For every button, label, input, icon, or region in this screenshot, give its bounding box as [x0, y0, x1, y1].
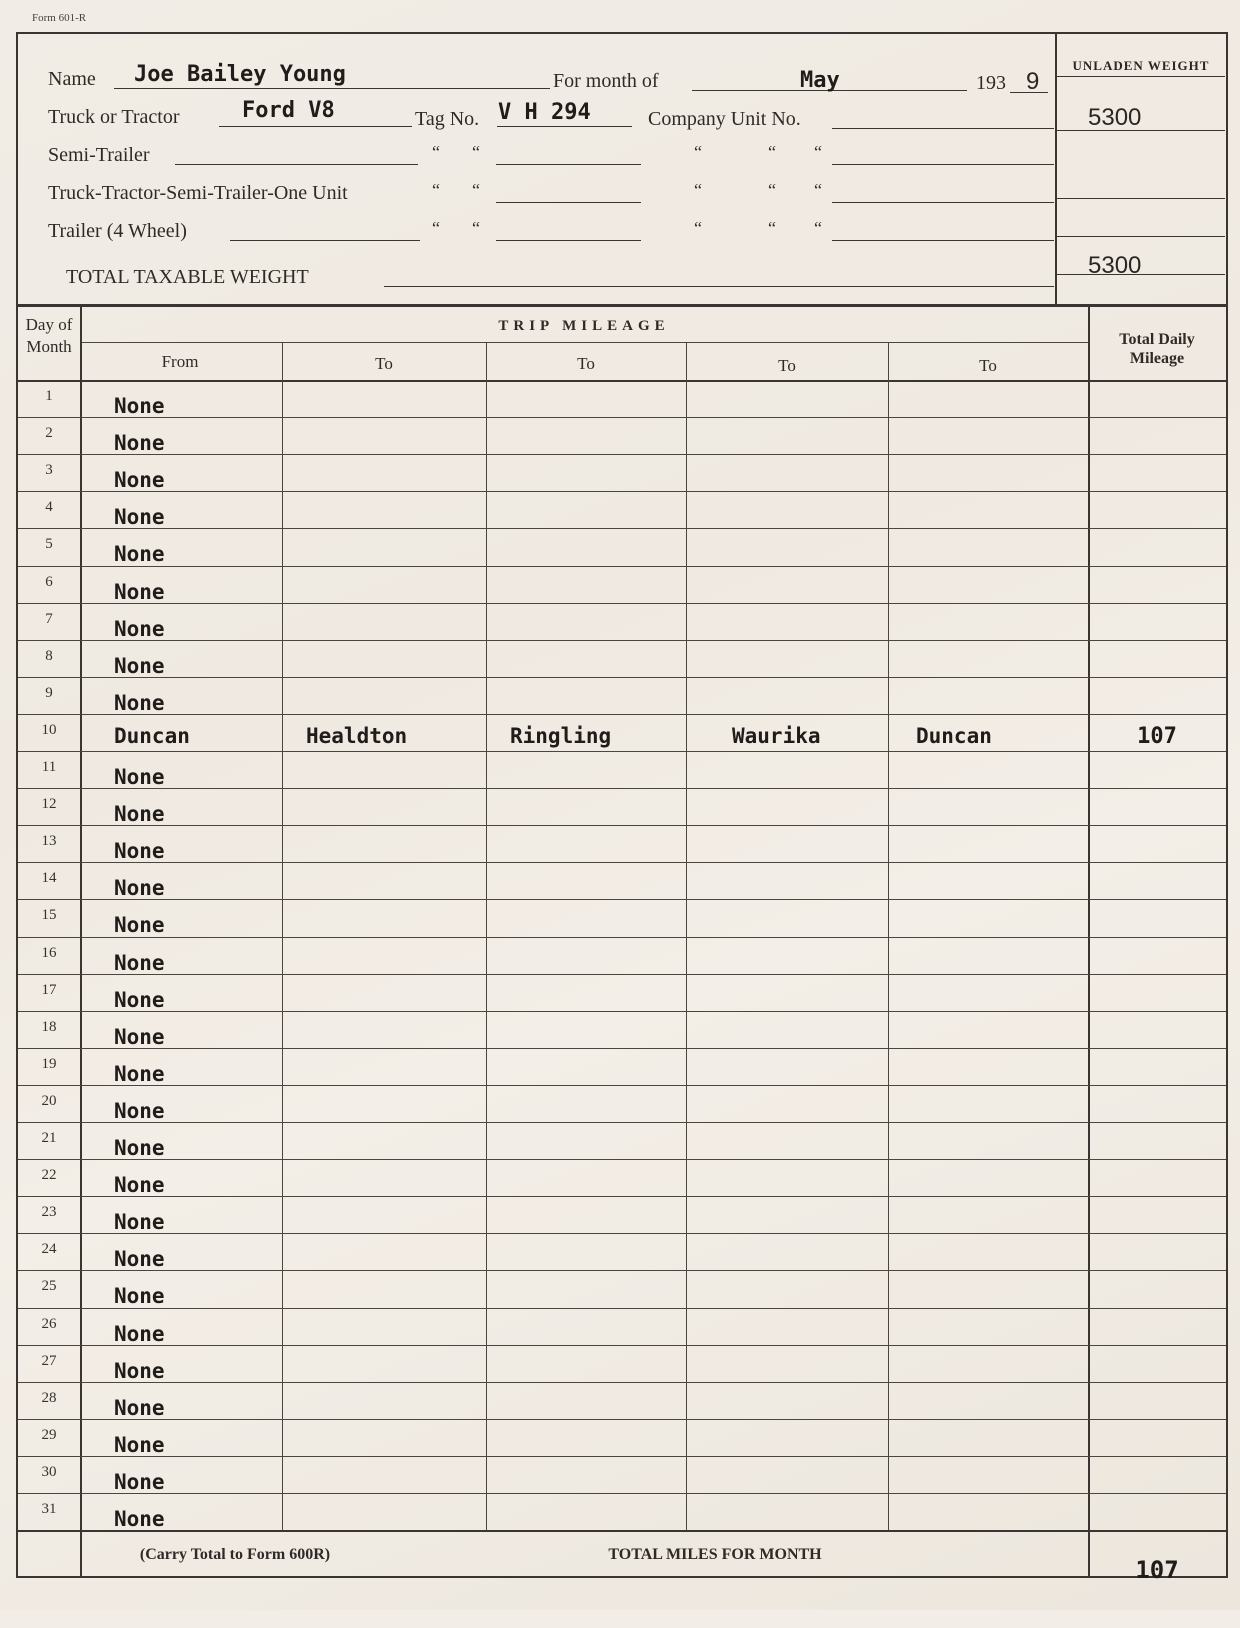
from-cell[interactable]: None: [114, 394, 165, 418]
row-rule: [18, 825, 1226, 826]
truck-field[interactable]: Ford V8: [242, 98, 335, 123]
from-cell[interactable]: None: [114, 505, 165, 529]
trailer-label: Trailer (4 Wheel): [48, 220, 187, 243]
day-number: 30: [20, 1464, 78, 1481]
day-number: 25: [20, 1278, 78, 1295]
day-number: 10: [20, 722, 78, 739]
day-number: 3: [20, 462, 78, 479]
one-unit-tag-underline: [496, 202, 641, 203]
day-number: 17: [20, 982, 78, 999]
row-rule: [18, 751, 1226, 752]
row-rule: [18, 937, 1226, 938]
ditto-mark: “: [814, 142, 822, 163]
from-cell[interactable]: Duncan: [114, 724, 190, 748]
from-cell[interactable]: None: [114, 1025, 165, 1049]
day-number: 11: [20, 759, 78, 776]
ditto-mark: “: [472, 180, 480, 201]
total-taxable-value[interactable]: 5300: [1088, 252, 1141, 280]
table-header-bottom-rule: [18, 380, 1226, 382]
row-rule: [18, 1048, 1226, 1049]
from-cell[interactable]: None: [114, 876, 165, 900]
carry-total-note: (Carry Total to Form 600R): [80, 1546, 390, 1564]
row-rule: [18, 566, 1226, 567]
section-divider: [18, 304, 1226, 307]
to-column-header-1: To: [282, 354, 486, 374]
ditto-mark: “: [768, 142, 776, 163]
ditto-mark: “: [432, 180, 440, 201]
name-label: Name: [48, 68, 96, 91]
form-sheet: Form 601-R UNLADEN WEIGHT Name Joe Baile…: [0, 0, 1240, 1610]
to-cell-4[interactable]: Duncan: [916, 724, 992, 748]
one-unit-unit-underline: [832, 202, 1054, 203]
from-cell[interactable]: None: [114, 1470, 165, 1494]
total-daily-line1: Total Daily: [1088, 330, 1226, 349]
weight-column-divider: [1055, 34, 1057, 306]
unit-underline: [832, 128, 1054, 129]
unit-label: Company Unit No.: [648, 108, 801, 131]
weight-header-rule: [1055, 76, 1225, 77]
row-rule: [18, 1308, 1226, 1309]
total-miles-label: TOTAL MILES FOR MONTH: [560, 1546, 870, 1564]
day-number: 9: [20, 685, 78, 702]
row-rule: [18, 417, 1226, 418]
ditto-mark: “: [694, 218, 702, 239]
ditto-mark: “: [472, 218, 480, 239]
form-border: [16, 32, 1228, 1578]
from-cell[interactable]: None: [114, 1396, 165, 1420]
to-column-header-2: To: [486, 354, 686, 374]
day-number: 4: [20, 499, 78, 516]
from-cell[interactable]: None: [114, 839, 165, 863]
day-header-line1: Day of: [18, 314, 80, 336]
ditto-mark: “: [768, 180, 776, 201]
year-field[interactable]: 9: [1026, 68, 1039, 96]
row-rule: [18, 1270, 1226, 1271]
from-cell[interactable]: None: [114, 988, 165, 1012]
row-rule: [18, 1011, 1226, 1012]
from-cell[interactable]: None: [114, 542, 165, 566]
from-cell[interactable]: None: [114, 431, 165, 455]
day-number: 15: [20, 907, 78, 924]
from-cell[interactable]: None: [114, 654, 165, 678]
name-field[interactable]: Joe Bailey Young: [134, 62, 346, 87]
from-cell[interactable]: None: [114, 1284, 165, 1308]
semi-trailer-underline: [175, 164, 418, 165]
row-rule: [18, 1382, 1226, 1383]
unladen-weight-header: UNLADEN WEIGHT: [1058, 58, 1224, 74]
from-cell[interactable]: None: [114, 580, 165, 604]
from-cell[interactable]: None: [114, 951, 165, 975]
row-rule: [18, 1196, 1226, 1197]
day-number: 29: [20, 1427, 78, 1444]
day-number: 19: [20, 1056, 78, 1073]
from-cell[interactable]: None: [114, 765, 165, 789]
row-rule: [18, 491, 1226, 492]
semi-trailer-label: Semi-Trailer: [48, 144, 149, 167]
month-label: For month of: [553, 70, 659, 93]
day-number: 24: [20, 1241, 78, 1258]
day-header-line2: Month: [18, 336, 80, 358]
day-number: 14: [20, 870, 78, 887]
row-rule: [18, 454, 1226, 455]
truck-underline: [219, 126, 412, 127]
total-daily-mileage-header: Total Daily Mileage: [1088, 330, 1226, 368]
day-number: 2: [20, 425, 78, 442]
row-rule: [18, 677, 1226, 678]
row-rule: [18, 603, 1226, 604]
total-taxable-label: TOTAL TAXABLE WEIGHT: [66, 266, 309, 289]
from-cell[interactable]: None: [114, 802, 165, 826]
weight-row-rule: [1055, 198, 1225, 199]
row-rule: [18, 862, 1226, 863]
to-column-header-4: To: [888, 356, 1088, 376]
ditto-mark: “: [472, 142, 480, 163]
from-column-header: From: [80, 352, 280, 372]
day-number: 6: [20, 574, 78, 591]
total-daily-line2: Mileage: [1088, 349, 1226, 368]
table-footer-rule: [18, 1530, 1226, 1532]
from-cell[interactable]: None: [114, 1099, 165, 1123]
from-cell[interactable]: None: [114, 468, 165, 492]
weight-row-rule: [1055, 236, 1225, 237]
row-rule: [18, 1085, 1226, 1086]
one-unit-label: Truck-Tractor-Semi-Trailer-One Unit: [48, 182, 348, 205]
trailer-tag-underline: [496, 240, 641, 241]
trailer-unit-underline: [832, 240, 1054, 241]
semi-trailer-tag-underline: [496, 164, 641, 165]
row-rule: [18, 1419, 1226, 1420]
day-number: 20: [20, 1093, 78, 1110]
from-cell[interactable]: None: [114, 1173, 165, 1197]
from-cell[interactable]: None: [114, 1136, 165, 1160]
row-rule: [18, 1122, 1226, 1123]
unladen-weight-truck[interactable]: 5300: [1088, 104, 1141, 132]
row-rule: [18, 1159, 1226, 1160]
from-cell[interactable]: None: [114, 1247, 165, 1271]
month-field[interactable]: May: [800, 68, 840, 93]
day-column-divider: [80, 304, 82, 1578]
row-rule: [18, 1345, 1226, 1346]
row-rule: [18, 1233, 1226, 1234]
to-cell-1[interactable]: Healdton: [306, 724, 407, 748]
to-cell-3[interactable]: Waurika: [732, 724, 821, 748]
row-rule: [18, 788, 1226, 789]
ditto-mark: “: [814, 218, 822, 239]
ditto-mark: “: [432, 142, 440, 163]
name-underline: [114, 88, 550, 89]
from-cell[interactable]: None: [114, 1062, 165, 1086]
row-rule: [18, 714, 1226, 715]
day-number: 26: [20, 1316, 78, 1333]
semi-trailer-unit-underline: [832, 164, 1054, 165]
from-cell[interactable]: None: [114, 1210, 165, 1234]
tag-underline: [497, 126, 632, 127]
total-miles-value[interactable]: 107: [1088, 1556, 1226, 1584]
day-number: 16: [20, 945, 78, 962]
form-number: Form 601-R: [32, 12, 86, 24]
row-rule: [18, 899, 1226, 900]
year-prefix: 193: [976, 72, 1006, 95]
day-number: 18: [20, 1019, 78, 1036]
row-rule: [18, 1493, 1226, 1494]
row-rule: [18, 640, 1226, 641]
day-number: 5: [20, 536, 78, 553]
from-cell[interactable]: None: [114, 913, 165, 937]
row-rule: [18, 974, 1226, 975]
ditto-mark: “: [768, 218, 776, 239]
to-column-header-3: To: [686, 356, 888, 376]
from-cell[interactable]: None: [114, 1433, 165, 1457]
ditto-mark: “: [432, 218, 440, 239]
day-number: 27: [20, 1353, 78, 1370]
total-column-divider: [1088, 304, 1090, 1578]
day-number: 13: [20, 833, 78, 850]
row-rule: [18, 1456, 1226, 1457]
tag-field[interactable]: V H 294: [498, 100, 591, 125]
day-number: 7: [20, 611, 78, 628]
day-number: 12: [20, 796, 78, 813]
from-cell[interactable]: None: [114, 1322, 165, 1346]
from-cell[interactable]: None: [114, 1359, 165, 1383]
total-taxable-underline: [384, 286, 1054, 287]
trailer-underline: [230, 240, 420, 241]
day-number: 22: [20, 1167, 78, 1184]
tag-label: Tag No.: [415, 108, 479, 131]
trip-header-rule: [80, 342, 1088, 343]
ditto-mark: “: [694, 180, 702, 201]
day-number: 23: [20, 1204, 78, 1221]
row-rule: [18, 528, 1226, 529]
to-cell-2[interactable]: Ringling: [510, 724, 611, 748]
day-number: 28: [20, 1390, 78, 1407]
ditto-mark: “: [814, 180, 822, 201]
day-number: 1: [20, 388, 78, 405]
day-number: 21: [20, 1130, 78, 1147]
day-number: 8: [20, 648, 78, 665]
truck-label: Truck or Tractor: [48, 106, 180, 129]
day-number: 31: [20, 1501, 78, 1518]
total-daily-cell[interactable]: 107: [1088, 724, 1226, 749]
from-cell[interactable]: None: [114, 691, 165, 715]
day-of-month-header: Day of Month: [18, 314, 80, 358]
ditto-mark: “: [694, 142, 702, 163]
trip-mileage-header: TRIP MILEAGE: [80, 318, 1088, 335]
from-cell[interactable]: None: [114, 617, 165, 641]
from-cell[interactable]: None: [114, 1507, 165, 1531]
